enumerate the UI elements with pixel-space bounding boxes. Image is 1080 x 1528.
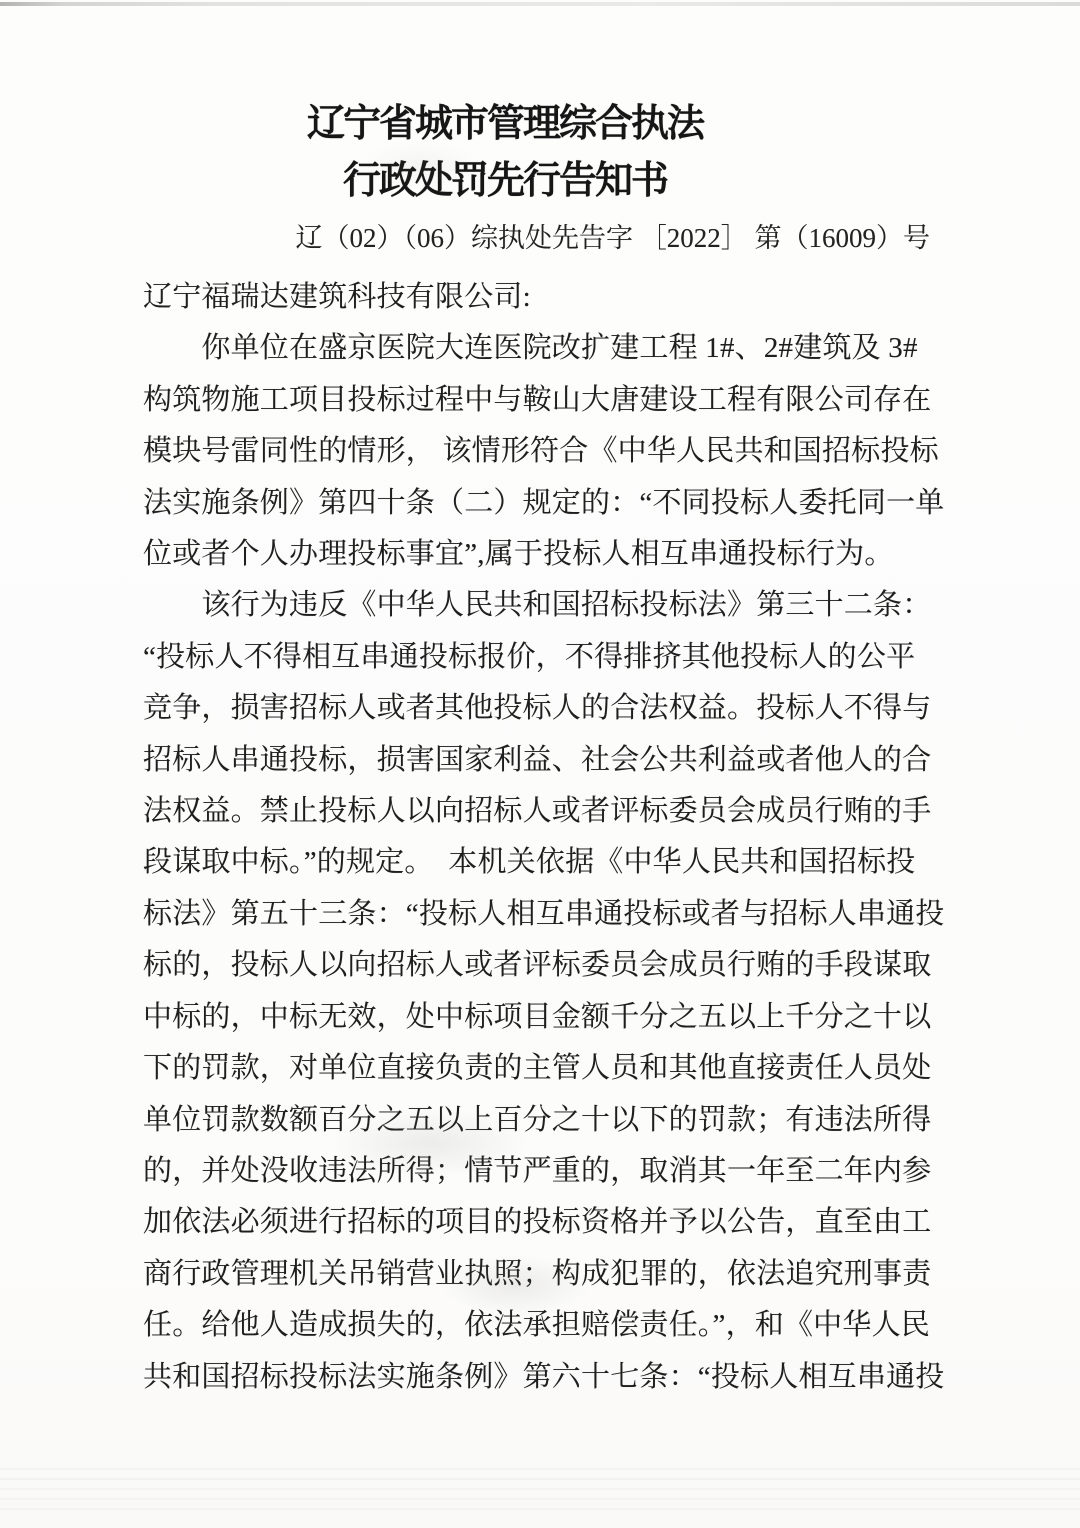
body-line: 任。给他人造成损失的，依法承担赔偿责任。”，和《中华人民 bbox=[143, 1300, 935, 1351]
scan-artifact-top-edge bbox=[0, 2, 1080, 6]
body-line: 构筑物施工项目投标过程中与鞍山大唐建设工程有限公司存在 bbox=[143, 375, 935, 426]
document-reference-number: 辽（02）（06）综执处先告字 ［2022］ 第（16009）号 bbox=[296, 216, 931, 255]
body-line: 下的罚款，对单位直接负责的主管人员和其他直接责任人员处 bbox=[143, 1043, 935, 1094]
body-line: “投标人不得相互串通投标报价，不得排挤其他投标人的公平 bbox=[143, 632, 935, 683]
scanned-document-page: 辽宁省城市管理综合执法 行政处罚先行告知书 辽（02）（06）综执处先告字 ［2… bbox=[0, 0, 1080, 1528]
recipient-line: 辽宁福瑞达建筑科技有限公司: bbox=[143, 272, 935, 323]
body-line: 中标的，中标无效，处中标项目金额千分之五以上千分之十以 bbox=[143, 992, 935, 1043]
body-line: 法实施条例》第四十条（二）规定的：“不同投标人委托同一单 bbox=[143, 478, 935, 529]
body-line: 加依法必须进行招标的项目的投标资格并予以公告，直至由工 bbox=[143, 1197, 935, 1248]
body-line: 竞争，损害招标人或者其他投标人的合法权益。投标人不得与 bbox=[143, 683, 935, 734]
body-line: 单位罚款数额百分之五以上百分之十以下的罚款；有违法所得 bbox=[143, 1095, 935, 1146]
document-title-line1: 辽宁省城市管理综合执法 bbox=[0, 96, 1010, 153]
body-line: 的，并处没收违法所得；情节严重的，取消其一年至二年内参 bbox=[143, 1146, 935, 1197]
body-line: 商行政管理机关吊销营业执照；构成犯罪的，依法追究刑事责 bbox=[143, 1249, 935, 1300]
body-line: 模块号雷同性的情形， 该情形符合《中华人民共和国招标投标 bbox=[143, 426, 935, 477]
body-lines: 你单位在盛京医院大连医院改扩建工程 1#、2#建筑及 3#构筑物施工项目投标过程… bbox=[143, 323, 935, 1403]
document-body: 辽宁福瑞达建筑科技有限公司: 你单位在盛京医院大连医院改扩建工程 1#、2#建筑… bbox=[143, 272, 935, 1403]
body-line: 标的，投标人以向招标人或者评标委员会成员行贿的手段谋取 bbox=[143, 940, 935, 991]
body-line: 标法》第五十三条：“投标人相互串通投标或者与招标人串通投 bbox=[143, 889, 935, 940]
body-line: 你单位在盛京医院大连医院改扩建工程 1#、2#建筑及 3# bbox=[143, 323, 935, 374]
body-line: 位或者个人办理投标事宜”,属于投标人相互串通投标行为。 bbox=[143, 529, 935, 580]
body-line: 段谋取中标。”的规定。 本机关依据《中华人民共和国招标投 bbox=[143, 837, 935, 888]
body-line: 招标人串通投标，损害国家利益、社会公共利益或者他人的合 bbox=[143, 735, 935, 786]
scan-artifact-bottom-bands bbox=[0, 1468, 1080, 1510]
document-title-block: 辽宁省城市管理综合执法 行政处罚先行告知书 bbox=[0, 96, 1010, 210]
body-line: 共和国招标投标法实施条例》第六十七条：“投标人相互串通投 bbox=[143, 1352, 935, 1403]
document-title-line2: 行政处罚先行告知书 bbox=[0, 153, 1010, 210]
body-line: 法权益。禁止投标人以向招标人或者评标委员会成员行贿的手 bbox=[143, 786, 935, 837]
body-line: 该行为违反《中华人民共和国招标投标法》第三十二条： bbox=[143, 580, 935, 631]
